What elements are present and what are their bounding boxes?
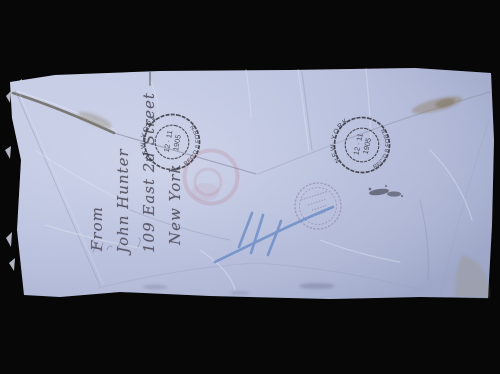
postmark-city-text: NEW YORK [136, 113, 160, 163]
svg-text:REC'D 8 FOR'N: REC'D 8 FOR'N [182, 122, 204, 169]
svg-text:NEW YORK: NEW YORK [326, 115, 351, 165]
ink-smudge [369, 185, 404, 197]
postal-markings-svg: NEW YORK REC'D 8 FOR'N 12 ∙ 11 1905 NEW … [0, 0, 500, 374]
postmark-new-york-right: NEW YORK REC'D 8 FOR'N 12 ∙ 11 1905 [325, 111, 396, 178]
svg-text:NEW YORK: NEW YORK [136, 113, 160, 163]
violet-arrival-cds [289, 177, 347, 235]
pencil-notation [93, 238, 140, 252]
svg-text:REC'D 8 FOR'N: REC'D 8 FOR'N [372, 126, 396, 173]
postmark-city-text: NEW YORK [326, 115, 351, 165]
envelope-photo: From John Hunter 109 East 2d Street — Ne… [0, 0, 500, 374]
blue-crayon-marks [215, 207, 333, 262]
postmark-year: 1905 [171, 134, 183, 152]
postmark-new-york-left: NEW YORK REC'D 8 FOR'N 12 ∙ 11 1905 [136, 109, 206, 174]
postmark-recd-text: REC'D 8 FOR'N [182, 122, 204, 169]
postmark-recd-text: REC'D 8 FOR'N [372, 126, 396, 173]
